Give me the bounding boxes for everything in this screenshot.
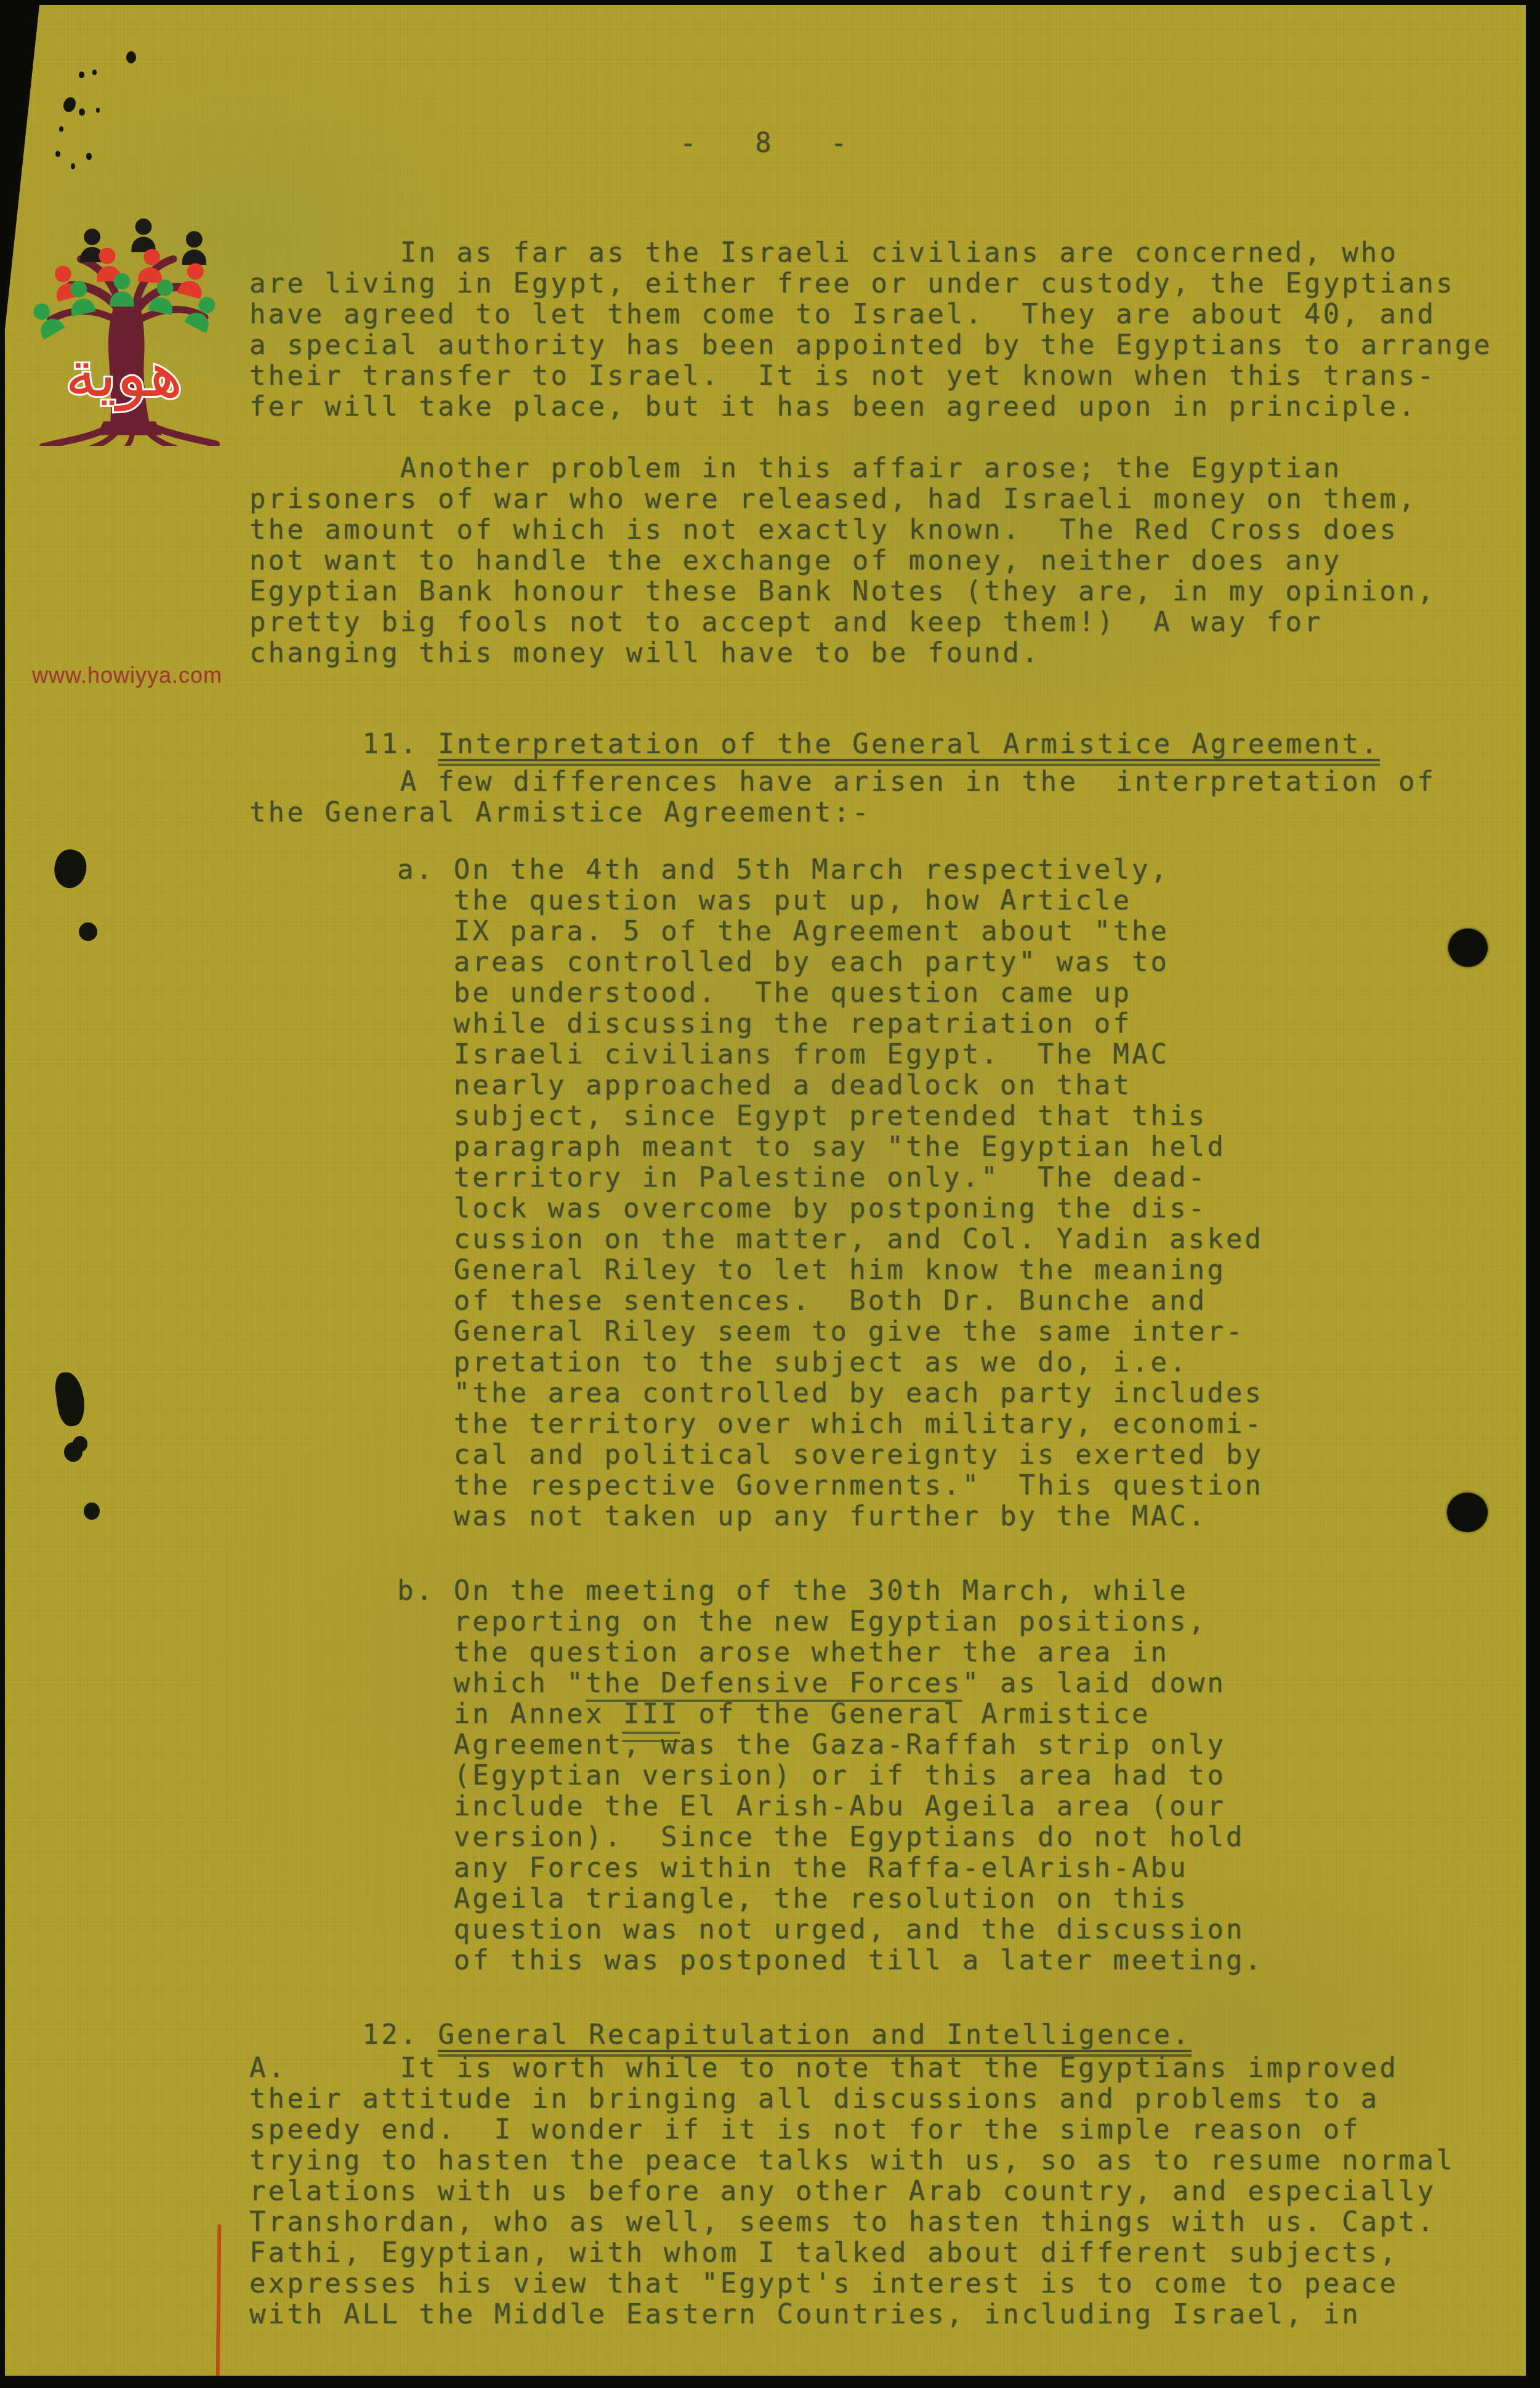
red-margin-line: [216, 2224, 222, 2382]
punch-hole: [1448, 929, 1488, 967]
list-item-a: a. On the 4th and 5th March respectively…: [397, 855, 1264, 1532]
ink-speck: [86, 153, 92, 160]
paragraph-prisoners-money: Another problem in this affair arose; th…: [249, 453, 1436, 669]
paragraph-israeli-civilians: In as far as the Israeli civilians are c…: [249, 238, 1493, 422]
ink-speck: [71, 163, 75, 169]
section-title: Interpretation of the General Armistice …: [438, 729, 1380, 766]
ink-speck: [84, 1503, 100, 1520]
ink-speck: [64, 1442, 83, 1462]
underline-annex-iii: [622, 1732, 680, 1734]
ink-speck: [92, 70, 97, 75]
punch-hole: [1447, 1493, 1488, 1532]
ink-speck: [126, 51, 136, 63]
ink-speck: [96, 108, 100, 113]
paragraph-differences-intro: A few differences have arisen in the int…: [249, 767, 1436, 828]
section-title: General Recapitulation and Intelligence.: [438, 2020, 1191, 2057]
ink-speck: [63, 97, 76, 112]
ink-speck: [55, 151, 60, 157]
logo-tree-icon: هوية: [15, 217, 230, 446]
section-number: 11.: [363, 728, 419, 760]
ink-speck: [59, 126, 63, 132]
section-number: 12.: [363, 2019, 419, 2051]
underline-defensive-forces: [586, 1700, 962, 1702]
howiyya-logo: هوية www.howiyya.com: [15, 217, 230, 448]
ink-speck: [79, 71, 84, 78]
paragraph-recapitulation-a: A. It is worth while to note that the Eg…: [249, 2053, 1455, 2330]
ink-speck: [79, 922, 97, 941]
page-number: - 8 -: [680, 128, 849, 159]
paper-sheet: هوية www.howiyya.com - 8 - In as far as …: [0, 0, 1540, 2388]
scanned-document-page: هوية www.howiyya.com - 8 - In as far as …: [0, 0, 1540, 2388]
logo-arabic-text: هوية: [65, 337, 182, 412]
logo-website-url: www.howiyya.com: [32, 663, 241, 688]
ink-blob: [53, 1370, 87, 1427]
ink-blob: [49, 845, 92, 892]
underline-annex-iii-second: [622, 1740, 680, 1742]
list-item-b: b. On the meeting of the 30th March, whi…: [397, 1576, 1264, 1976]
ink-speck: [79, 108, 85, 116]
logo-people-black: [80, 219, 206, 265]
